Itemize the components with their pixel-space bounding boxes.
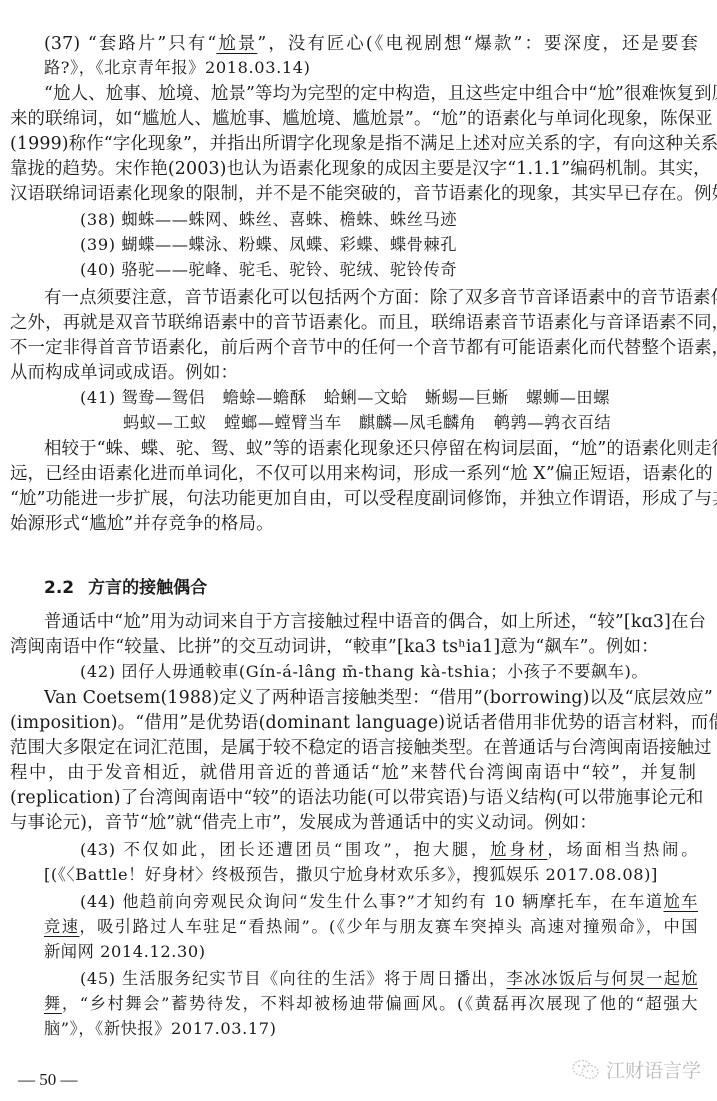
underlined-term: 舞 (44, 994, 62, 1013)
underlined-term: 尬景 (216, 34, 257, 54)
example-43-source: [(《〈Battle！好身材〉终极预告，撒贝宁尬身材欢乐多》，搜狐娱乐 2017… (44, 863, 658, 887)
text-span: (45) 生活服务纪实节目《向往的生活》将于周日播出， (80, 969, 506, 988)
paragraph-line: 相较于“蛛、蝶、驼、鸳、蚁”等的语素化现象还只停留在构词层面，“尬”的语素化则走… (44, 437, 698, 461)
text-span: ”，没有匠心(《电视剧想“爆款”：要深度，还是要套 (257, 34, 698, 54)
paragraph-line: 不一定非得首音节语素化，前后两个音节中的任何一个音节都有可能语素化而代替整个语素… (10, 336, 696, 360)
example-41-line-2: 蚂蚁—工蚁 螳螂—螳臂当车 麒麟—凤毛麟角 鹌鹑—鹑衣百结 (123, 411, 611, 435)
paragraph-line: 普通话中“尬”用为动词来自于方言接触过程中语音的偶合，如上所述，“较”[kɑ3]… (44, 610, 698, 634)
text-span: (43) 不仅如此，团长还遭团员“围攻”，抱大腿， (80, 840, 490, 859)
paragraph-line: 范围大多限定在词汇范围，是属于较不稳定的语言接触类型。在普通话与台湾闽南语接触过 (10, 736, 696, 760)
paragraph-line: (replication)了台湾闽南语中“较”的语法功能(可以带宾语)与语义结构… (10, 786, 696, 810)
paragraph-line: Van Coetsem(1988)定义了两种语言接触类型：“借用”(borrow… (44, 686, 698, 710)
example-40: (40) 骆驼——驼峰、驼毛、驼铃、驼绒、驼铃传奇 (80, 258, 457, 282)
paragraph-line: 汉语联绵词语素化现象的限制，并不是不能突破的，音节语素化的现象，其实早已存在。例… (10, 182, 696, 206)
underlined-term: 竞速 (44, 917, 79, 936)
paragraph-line: 有一点须要注意，音节语素化可以包括两个方面：除了双多音节音译语素中的音节语素化 (44, 286, 698, 310)
text-span: ，吸引路过人车驻足“看热闹”。(《少年与朋友赛车突掉头 高速对撞殒命》，中国 (79, 917, 698, 936)
example-41-line-1: (41) 鸳鸯—鸳侣 蟾蜍—蟾酥 蛤蜊—文蛤 蜥蜴—巨蜥 螺蛳—田螺 (80, 386, 610, 410)
example-39: (39) 蝴蝶——蝶泳、粉蝶、凤蝶、彩蝶、蝶骨棘孔 (80, 233, 457, 257)
paragraph-line: “尬人、尬事、尬境、尬景”等均为完型的定中构造，且这些定中组合中“尬”很难恢复到… (44, 82, 698, 106)
text-span: (37) “套路片”只有“ (44, 34, 216, 54)
text-span: ，“乡村舞会”蓄势待发，不料却被杨迪带偏画风。(《黄磊再次展现了他的“超强大 (62, 994, 698, 1013)
section-heading: 2.2方言的接触偶合 (44, 573, 207, 598)
paragraph-line: 程中，由于发音相近，就借用音近的普通话“尬”来替代台湾闽南语中“较”，并复制 (10, 761, 696, 785)
paragraph-line: 靠拢的趋势。宋作艳(2003)也认为语素化现象的成因主要是汉字“1.1.1”编码… (10, 157, 696, 181)
wechat-icon (572, 1059, 600, 1081)
paragraph-line: (1999)称作“字化现象”，并指出所谓字化现象是指不满足上述对应关系的字，有向… (10, 132, 696, 156)
example-38: (38) 蜘蛛——蛛网、蛛丝、喜蛛、檐蛛、蛛丝马迹 (80, 208, 457, 232)
example-45-line-1: (45) 生活服务纪实节目《向往的生活》将于周日播出，李冰冰饭后与何炅一起尬 (80, 967, 698, 991)
watermark: 江财语言学 (572, 1056, 701, 1083)
example-43-line-1: (43) 不仅如此，团长还遭团员“围攻”，抱大腿，尬身材，场面相当热闹。 (80, 838, 698, 862)
paragraph-line: (imposition)。“借用”是优势语(dominant language)… (10, 711, 696, 735)
section-title: 方言的接触偶合 (88, 578, 207, 598)
paragraph-line: 远，已经由语素化进而单词化，不仅可以用来构词，形成一系列“尬 X”偏正短语，语素… (10, 462, 696, 486)
underlined-term: 李冰冰饭后与何炅一起尬 (506, 969, 698, 988)
example-45-line-2: 舞，“乡村舞会”蓄势待发，不料却被杨迪带偏画风。(《黄磊再次展现了他的“超强大 (44, 992, 698, 1016)
underlined-term: 尬车 (664, 892, 698, 911)
paragraph-line: 之外，再就是双音节联绵语素中的音节语素化。而且，联绵语素音节语素化与音译语素不同… (10, 311, 696, 335)
example-37-line-1: (37) “套路片”只有“尬景”，没有匠心(《电视剧想“爆款”：要深度，还是要套 (44, 32, 698, 56)
paragraph-line: 来的联绵词，如“尴尬人、尴尬事、尴尬境、尴尬景”。“尬”的语素化与单词化现象，陈… (10, 107, 696, 131)
watermark-text: 江财语言学 (606, 1056, 701, 1083)
section-number: 2.2 (44, 578, 74, 598)
underlined-term: 尬身材 (490, 840, 547, 859)
example-45-line-3: 脑”》，《新快报》2017.03.17) (44, 1017, 277, 1041)
example-44-line-1: (44) 他趋前向旁观民众询问“发生什么事?”才知约有 10 辆摩托车，在车道尬… (80, 890, 698, 914)
paragraph-line: 从而构成单词或成语。例如： (10, 361, 238, 385)
paragraph-line: “尬”功能进一步扩展，句法功能更加自由，可以受程度副词修饰，并独立作谓语，形成了… (10, 487, 696, 511)
example-44-line-3: 新闻网 2014.12.30) (44, 940, 206, 964)
page-number: — 50 — (18, 1070, 78, 1090)
example-42: (42) 囝仔人毋通較車(Gín-á-lâng m̄-thang kà-tshi… (80, 660, 648, 684)
paragraph-line: 湾闽南语中作“较量、比拼”的交互动词讲，“較車”[ka3 tsʰia1]意为“飙… (10, 635, 659, 659)
text-span: ，场面相当热闹。 (547, 840, 698, 859)
paragraph-line: 始源形式“尴尬”并存竞争的格局。 (10, 512, 274, 536)
paragraph-line: 与事论元)，音节“尬”就“借壳上市”，发展成为普通话中的实义动词。例如： (10, 811, 597, 835)
document-page: (37) “套路片”只有“尬景”，没有匠心(《电视剧想“爆款”：要深度，还是要套… (0, 0, 717, 1101)
text-span: (44) 他趋前向旁观民众询问“发生什么事?”才知约有 10 辆摩托车，在车道 (80, 892, 664, 911)
example-44-line-2: 竞速，吸引路过人车驻足“看热闹”。(《少年与朋友赛车突掉头 高速对撞殒命》，中国 (44, 915, 698, 939)
example-37-line-2: 路?》，《北京青年报》2018.03.14) (44, 56, 311, 80)
